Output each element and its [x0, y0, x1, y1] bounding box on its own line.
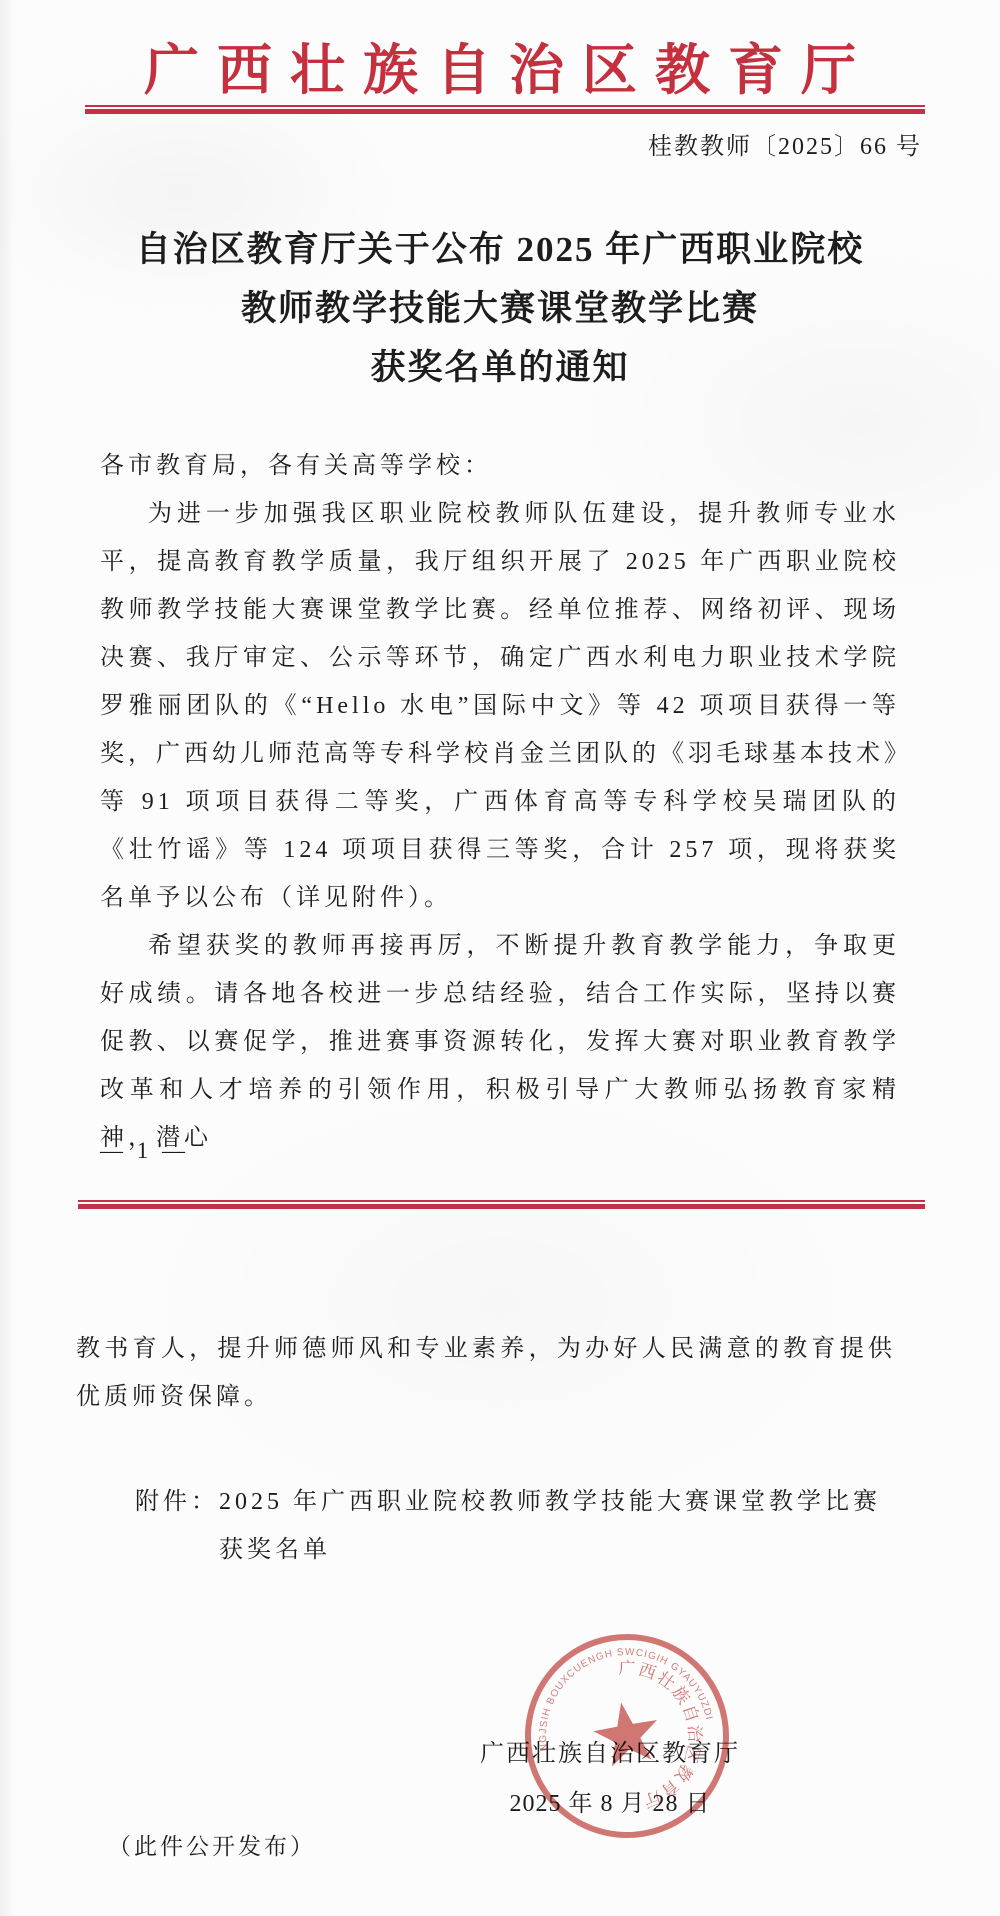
attachment-block: 附件：2025 年广西职业院校教师教学技能大赛课堂教学比赛 获奖名单 [135, 1478, 881, 1574]
title-line-3: 获奖名单的通知 [0, 338, 1000, 397]
paragraph-2-continuation: 教书育人，提升师德师风和专业素养，为办好人民满意的教育提供优质师资保障。 [76, 1325, 896, 1421]
title-line-1: 自治区教育厅关于公布 2025 年广西职业院校 [0, 220, 1000, 279]
signature-agency: 广西壮族自治区教育厅 [470, 1733, 750, 1768]
salutation: 各市教育局，各有关高等学校： [100, 442, 900, 490]
title-line-2: 教师教学技能大赛课堂教学比赛 [0, 279, 1000, 338]
header-divider-line [85, 105, 925, 114]
document-title: 自治区教育厅关于公布 2025 年广西职业院校 教师教学技能大赛课堂教学比赛 获… [0, 220, 1000, 397]
page2-body: 教书育人，提升师德师风和专业素养，为办好人民满意的教育提供优质师资保障。 [76, 1325, 896, 1421]
document-page: 广西壮族自治区教育厅 桂教教师〔2025〕66 号 自治区教育厅关于公布 202… [0, 0, 1000, 1916]
page-number: — 1 — [100, 1138, 189, 1164]
publish-note: （此件公开发布） [108, 1828, 316, 1861]
paragraph-1: 为进一步加强我区职业院校教师队伍建设，提升教师专业水平，提高教育教学质量，我厅组… [100, 490, 900, 922]
document-number: 桂教教师〔2025〕66 号 [648, 126, 922, 161]
attachment-line-1: 附件：2025 年广西职业院校教师教学技能大赛课堂教学比赛 [135, 1478, 881, 1526]
attachment-line-2: 获奖名单 [135, 1526, 881, 1574]
agency-header: 广西壮族自治区教育厅 [0, 26, 1000, 105]
page1-body: 各市教育局，各有关高等学校： 为进一步加强我区职业院校教师队伍建设，提升教师专业… [100, 442, 900, 1162]
signature-date: 2025 年 8 月 28 日 [470, 1783, 750, 1818]
page-divider-line [78, 1200, 925, 1209]
paragraph-2: 希望获奖的教师再接再厉，不断提升教育教学能力，争取更好成绩。请各地各校进一步总结… [100, 922, 900, 1162]
